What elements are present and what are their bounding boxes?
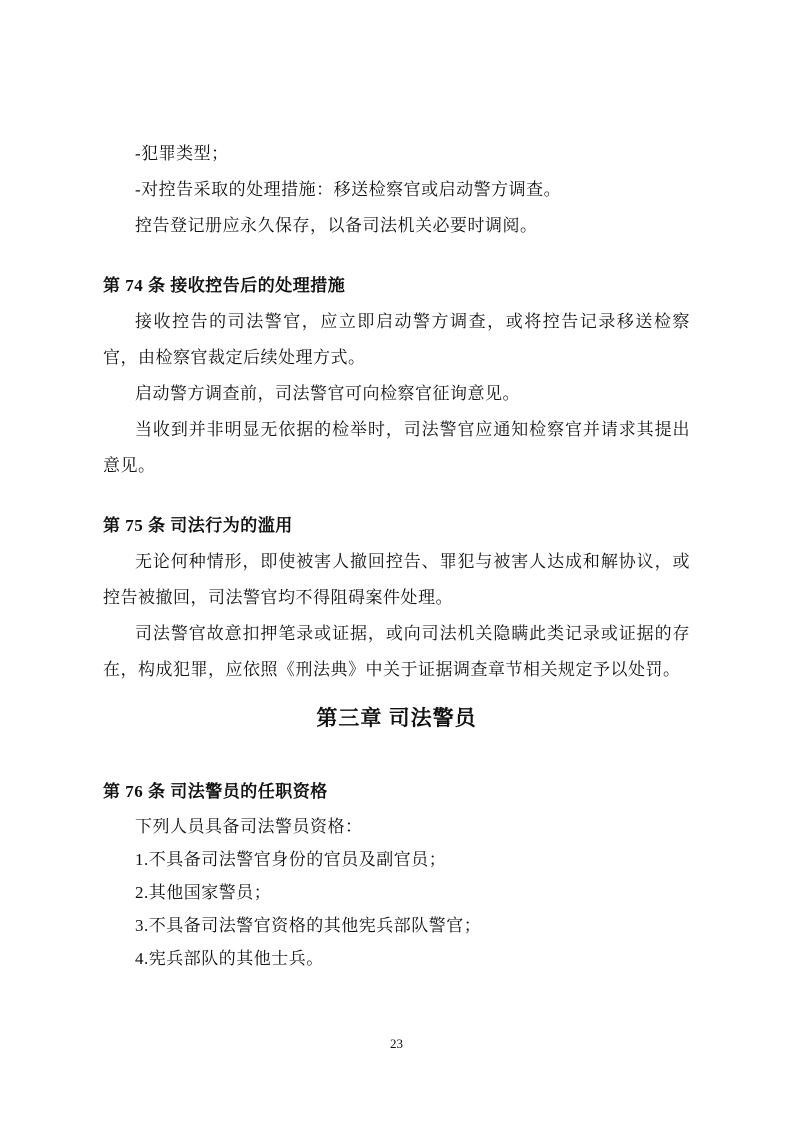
intro-line: -犯罪类型； (103, 136, 690, 172)
page-content: -犯罪类型； -对控告采取的处理措施：移送检察官或启动警方调查。 控告登记册应永… (103, 136, 690, 975)
article-74-heading: 第 74 条 接收控告后的处理措施 (103, 268, 690, 304)
article-75-paragraph: 无论何种情形，即使被害人撤回控告、罪犯与被害人达成和解协议，或控告被撤回，司法警… (103, 544, 690, 616)
article-75-heading: 第 75 条 司法行为的滥用 (103, 508, 690, 544)
article-76-item: 3.不具备司法警官资格的其他宪兵部队警官； (103, 909, 690, 942)
article-76-heading: 第 76 条 司法警员的任职资格 (103, 774, 690, 810)
article-76-lead: 下列人员具备司法警员资格： (103, 810, 690, 843)
article-76-item: 4.宪兵部队的其他士兵。 (103, 942, 690, 975)
article-74-paragraph: 接收控告的司法警官，应立即启动警方调查，或将控告记录移送检察官，由检察官裁定后续… (103, 304, 690, 376)
article-76-item: 1.不具备司法警官身份的官员及副官员； (103, 843, 690, 876)
intro-line: 控告登记册应永久保存，以备司法机关必要时调阅。 (103, 208, 690, 244)
chapter-3-title: 第三章 司法警员 (103, 698, 690, 738)
article-74-paragraph: 启动警方调查前，司法警官可向检察官征询意见。 (103, 376, 690, 412)
page-number: 23 (0, 1036, 793, 1052)
article-75-paragraph: 司法警官故意扣押笔录或证据，或向司法机关隐瞒此类记录或证据的存在，构成犯罪，应依… (103, 616, 690, 688)
document-page: -犯罪类型； -对控告采取的处理措施：移送检察官或启动警方调查。 控告登记册应永… (0, 0, 793, 1122)
article-76-item: 2.其他国家警员； (103, 876, 690, 909)
intro-line: -对控告采取的处理措施：移送检察官或启动警方调查。 (103, 172, 690, 208)
article-74-paragraph: 当收到并非明显无依据的检举时，司法警官应通知检察官并请求其提出意见。 (103, 412, 690, 484)
